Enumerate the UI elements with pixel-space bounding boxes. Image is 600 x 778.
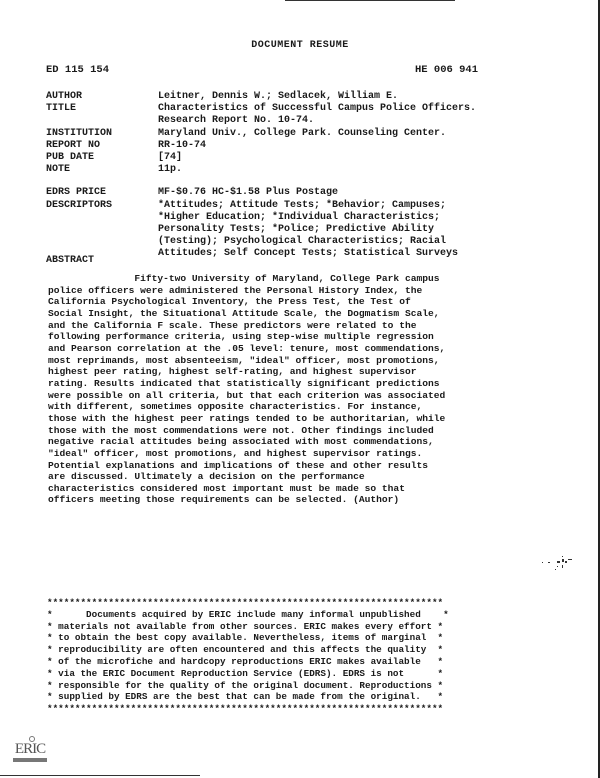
field-label: EDRS PRICE <box>46 187 158 199</box>
field-label: DESCRIPTORS <box>46 200 158 212</box>
field-row: Personality Tests; *Police; Predictive A… <box>46 224 576 236</box>
abstract-line: rating. Results indicated that statistic… <box>48 378 568 390</box>
document-title: DOCUMENT RESUME <box>0 40 600 51</box>
abstract-label: ABSTRACT <box>46 255 94 266</box>
abstract-line: Fifty-two University of Maryland, Colleg… <box>48 273 568 285</box>
field-value: Personality Tests; *Police; Predictive A… <box>158 224 434 236</box>
field-row: INSTITUTIONMaryland Univ., College Park.… <box>46 128 576 140</box>
abstract-line: California Psychological Inventory, the … <box>48 296 568 308</box>
notice-line: * reproducibility are often encountered … <box>47 644 557 656</box>
abstract-line: highest peer rating, highest self-rating… <box>48 366 568 378</box>
abstract-line: with different, sometimes opposite chara… <box>48 401 568 413</box>
document-page: DOCUMENT RESUME ED 115 154 HE 006 941 AU… <box>0 0 600 778</box>
field-row: Attitudes; Self Concept Tests; Statistic… <box>46 248 576 260</box>
field-value: Attitudes; Self Concept Tests; Statistic… <box>158 248 458 260</box>
abstract-line: those with the highest peer ratings tend… <box>48 413 568 425</box>
scan-specks <box>540 553 580 583</box>
field-row: TITLECharacteristics of Successful Campu… <box>46 103 576 115</box>
field-value: (Testing); Psychological Characteristics… <box>158 236 446 248</box>
field-label <box>46 236 158 248</box>
field-value: MF-$0.76 HC-$1.58 Plus Postage <box>158 187 338 199</box>
field-label: REPORT NO <box>46 140 158 152</box>
he-number: HE 006 941 <box>415 64 478 76</box>
abstract-line: negative racial attitudes being associat… <box>48 436 568 448</box>
scan-edge-top <box>285 0 455 1</box>
abstract-line: police officers were administered the Pe… <box>48 285 568 297</box>
eric-logo-text: ERIC <box>12 742 48 757</box>
abstract-line: were possible on all criteria, but that … <box>48 390 568 402</box>
notice-line: ****************************************… <box>47 703 557 715</box>
notice-line: * supplied by EDRS are the best that can… <box>47 691 557 703</box>
abstract-line: and Pearson correlation at the .05 level… <box>48 343 568 355</box>
field-label: INSTITUTION <box>46 128 158 140</box>
field-label <box>46 115 158 127</box>
field-value: *Attitudes; Attitude Tests; *Behavior; C… <box>158 200 446 212</box>
price-descriptor-fields: EDRS PRICEMF-$0.76 HC-$1.58 Plus Postage… <box>46 187 576 260</box>
abstract-line: Social Insight, the Situational Attitude… <box>48 308 568 320</box>
abstract-line: most reprimands, most absenteeism, "idea… <box>48 355 568 367</box>
field-row: PUB DATE[74] <box>46 152 576 164</box>
ed-number: ED 115 154 <box>46 64 109 76</box>
notice-line: * Documents acquired by ERIC include man… <box>47 609 557 621</box>
scan-edge-bottom <box>0 775 200 776</box>
field-value: [74] <box>158 152 182 164</box>
field-label: PUB DATE <box>46 152 158 164</box>
notice-line: ****************************************… <box>47 597 557 609</box>
field-value: Research Report No. 10-74. <box>158 115 314 127</box>
field-gap <box>46 176 576 187</box>
notice-line: * responsible for the quality of the ori… <box>47 680 557 692</box>
field-row: (Testing); Psychological Characteristics… <box>46 236 576 248</box>
abstract-line: "ideal" officer, most promotions, and hi… <box>48 448 568 460</box>
abstract-line: Potential explanations and implications … <box>48 460 568 472</box>
bibliographic-fields: AUTHORLeitner, Dennis W.; Sedlacek, Will… <box>46 91 576 176</box>
field-label: AUTHOR <box>46 91 158 103</box>
abstract-line: officers meeting those requirements can … <box>48 494 568 506</box>
logo-dot-icon <box>29 736 35 742</box>
field-row: *Higher Education; *Individual Character… <box>46 212 576 224</box>
field-label <box>46 224 158 236</box>
abstract-line: are discussed. Ultimately a decision on … <box>48 471 568 483</box>
abstract-line: and the California F scale. These predic… <box>48 320 568 332</box>
field-label: TITLE <box>46 103 158 115</box>
field-row: DESCRIPTORS*Attitudes; Attitude Tests; *… <box>46 200 576 212</box>
eric-notice-box: ****************************************… <box>47 597 557 715</box>
eric-logo: ERIC <box>12 742 48 762</box>
field-value: RR-10-74 <box>158 140 206 152</box>
field-value: Maryland Univ., College Park. Counseling… <box>158 128 446 140</box>
abstract-line: those with the most commendations were n… <box>48 425 568 437</box>
field-row: EDRS PRICEMF-$0.76 HC-$1.58 Plus Postage <box>46 187 576 199</box>
field-value: Leitner, Dennis W.; Sedlacek, William E. <box>158 91 398 103</box>
notice-line: * of the microfiche and hardcopy reprodu… <box>47 656 557 668</box>
field-value: Characteristics of Successful Campus Pol… <box>158 103 476 115</box>
notice-line: * materials not available from other sou… <box>47 621 557 633</box>
field-row: AUTHORLeitner, Dennis W.; Sedlacek, Will… <box>46 91 576 103</box>
field-label <box>46 212 158 224</box>
field-row: Research Report No. 10-74. <box>46 115 576 127</box>
notice-line: * to obtain the best copy available. Nev… <box>47 632 557 644</box>
notice-line: * via the ERIC Document Reproduction Ser… <box>47 668 557 680</box>
field-value: 11p. <box>158 164 182 176</box>
abstract-line: following performance criteria, using st… <box>48 331 568 343</box>
abstract-line: characteristics considered most importan… <box>48 483 568 495</box>
resume-fields: AUTHORLeitner, Dennis W.; Sedlacek, Will… <box>46 91 576 261</box>
field-value: *Higher Education; *Individual Character… <box>158 212 440 224</box>
field-label: NOTE <box>46 164 158 176</box>
logo-bar <box>13 758 47 762</box>
field-row: NOTE11p. <box>46 164 576 176</box>
abstract-text: Fifty-two University of Maryland, Colleg… <box>48 273 568 506</box>
field-row: REPORT NORR-10-74 <box>46 140 576 152</box>
